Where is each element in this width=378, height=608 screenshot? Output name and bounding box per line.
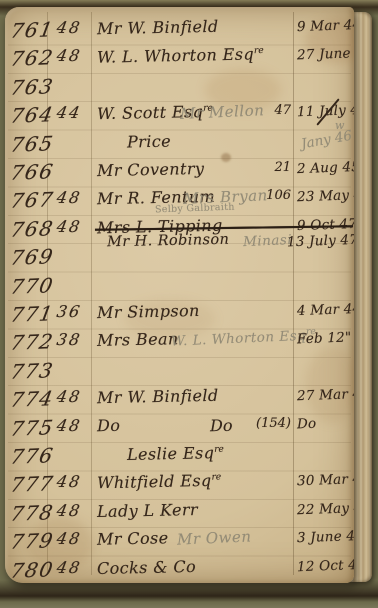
ledger-row: 770 xyxy=(5,274,354,300)
entry-date: 22 May 44 xyxy=(297,500,354,519)
ledger-row: 77948Mr CoseMr Owen3 June 44 xyxy=(5,529,354,555)
entry-date: 11 July 44 xyxy=(297,102,354,120)
entry-size: 48 xyxy=(55,217,83,236)
entry-reference-number: 47 xyxy=(245,103,291,118)
entry-date: Feb 12" 47 xyxy=(297,329,354,348)
ledger-page: w 76148Mr W. Binfield9 Mar 4476248W. L. … xyxy=(5,7,354,583)
entry-number: 765 xyxy=(9,131,56,156)
entry-size: 48 xyxy=(55,558,83,577)
ledger-row: 769 xyxy=(5,245,354,271)
entry-name: Cocks & Co xyxy=(97,557,196,578)
entry-name: Do xyxy=(97,415,121,434)
entry-name: Mr W. Binfield xyxy=(97,17,219,39)
entry-size: 38 xyxy=(55,330,83,349)
entry-size: 48 xyxy=(55,46,83,65)
ledger-photo: w 76148Mr W. Binfield9 Mar 4476248W. L. … xyxy=(0,0,378,608)
ledger-row: 77748Whitfield Esqre30 Mar 44 xyxy=(5,472,354,498)
ledger-row: 773 xyxy=(5,359,354,385)
pencil-annotation: W. L. Whorton Esqre xyxy=(171,327,316,350)
entry-name: Lady L Kerr xyxy=(97,500,198,521)
entry-size: 44 xyxy=(55,103,83,122)
entry-number: 773 xyxy=(9,358,56,383)
entry-size: 48 xyxy=(55,501,83,520)
entry-number: 768 xyxy=(9,216,56,241)
entry-number: 778 xyxy=(9,500,56,525)
entry-name-ditto: Do xyxy=(210,415,233,434)
entry-date: Do xyxy=(297,415,317,432)
entry-date: 12 Oct 44 xyxy=(297,556,354,574)
entry-date: 3 June 44 xyxy=(297,528,354,546)
entry-number: 780 xyxy=(9,557,56,582)
ledger-row: 76444W. Scott EsqreMr Mellon4711 July 44 xyxy=(5,103,354,129)
ledger-row: 77136Mr Simpson4 Mar 44 xyxy=(5,302,354,328)
entry-number: 767 xyxy=(9,188,56,213)
entry-size: 36 xyxy=(55,302,83,321)
name-superscript: re xyxy=(254,46,264,56)
entry-name: Mr Coventry xyxy=(97,159,205,180)
ledger-row: 77238Mrs BeanW. L. Whorton EsqreFeb 12" … xyxy=(5,330,354,356)
entry-date: 23 May 44 xyxy=(297,187,354,206)
entry-date: 2 Aug 45 xyxy=(297,159,354,177)
entry-number: 776 xyxy=(9,443,56,468)
ledger-row: 77448Mr W. Binfield27 Mar 44 xyxy=(5,387,354,413)
entry-size: 48 xyxy=(55,18,83,37)
pencil-annotation: Mr Owen xyxy=(177,528,252,549)
ledger-row: 76248W. L. Whorton Esqre27 June 45 xyxy=(5,46,354,72)
ledger-row: 765PriceJany 46 xyxy=(5,132,354,158)
pencil-small-note: Selby Galbraith xyxy=(155,202,235,216)
entry-reference-number: (154) xyxy=(245,416,291,431)
entry-size: 48 xyxy=(55,387,83,406)
entry-name: W. L. Whorton Esqre xyxy=(97,45,264,67)
ledger-row: 766Mr Coventry212 Aug 45 xyxy=(5,160,354,186)
name-superscript: re xyxy=(211,473,221,483)
ledger-row: 76848Mrs L. Tipping9 Oct 47 xyxy=(5,217,354,243)
entry-number: 779 xyxy=(9,528,56,553)
ledger-row: 76148Mr W. Binfield9 Mar 44 xyxy=(5,18,354,44)
entry-name: Mr Simpson xyxy=(97,301,200,322)
entry-number: 761 xyxy=(9,17,56,42)
entry-date: 4 Mar 44 xyxy=(297,301,354,319)
ledger-row: 763 xyxy=(5,75,354,101)
ledger-row: 776Leslie Esqre xyxy=(5,444,354,470)
entry-number: 763 xyxy=(9,74,56,99)
ledger-row: 76748Mr R. FentumMrs Bryan10623 May 44Se… xyxy=(5,188,354,214)
ledger-row: 77548DoDo(154)Do xyxy=(5,416,354,442)
entry-number: 764 xyxy=(9,102,56,127)
entry-date: 30 Mar 44 xyxy=(297,471,354,490)
entry-name: Whitfield Esqre xyxy=(97,471,222,493)
entry-number: 766 xyxy=(9,159,56,184)
entry-number: 769 xyxy=(9,244,56,269)
entry-name: Price xyxy=(127,131,171,151)
entry-date: 27 June 45 xyxy=(297,45,354,64)
entry-name: Mrs Bean xyxy=(97,330,179,351)
entry-size: 48 xyxy=(55,529,83,548)
entry-name: Leslie Esqre xyxy=(127,443,224,464)
entry-size: 48 xyxy=(55,188,83,207)
entry-date: 9 Mar 44 xyxy=(297,17,354,35)
entry-number: 770 xyxy=(9,273,56,298)
entry-size: 48 xyxy=(55,416,83,435)
entry-reference-number: 21 xyxy=(245,160,291,175)
entry-number: 777 xyxy=(9,472,56,497)
pencil-date-annotation: Jany 46 xyxy=(300,127,353,152)
entry-name: Mr Cose xyxy=(97,528,169,548)
entry-date: 27 Mar 44 xyxy=(297,386,354,405)
entry-reference-number: 106 xyxy=(245,188,291,203)
entry-number: 775 xyxy=(9,415,56,440)
ledger-row: 78048Cocks & Co12 Oct 44 xyxy=(5,558,354,583)
entry-number: 762 xyxy=(9,46,56,71)
entry-size: 48 xyxy=(55,472,83,491)
entry-name: Mr W. Binfield xyxy=(97,386,219,408)
ledger-row: 77848Lady L Kerr22 May 44 xyxy=(5,501,354,527)
entry-number: 772 xyxy=(9,330,56,355)
entry-number: 774 xyxy=(9,386,56,411)
name-superscript: re xyxy=(214,445,224,455)
entry-number: 771 xyxy=(9,301,56,326)
